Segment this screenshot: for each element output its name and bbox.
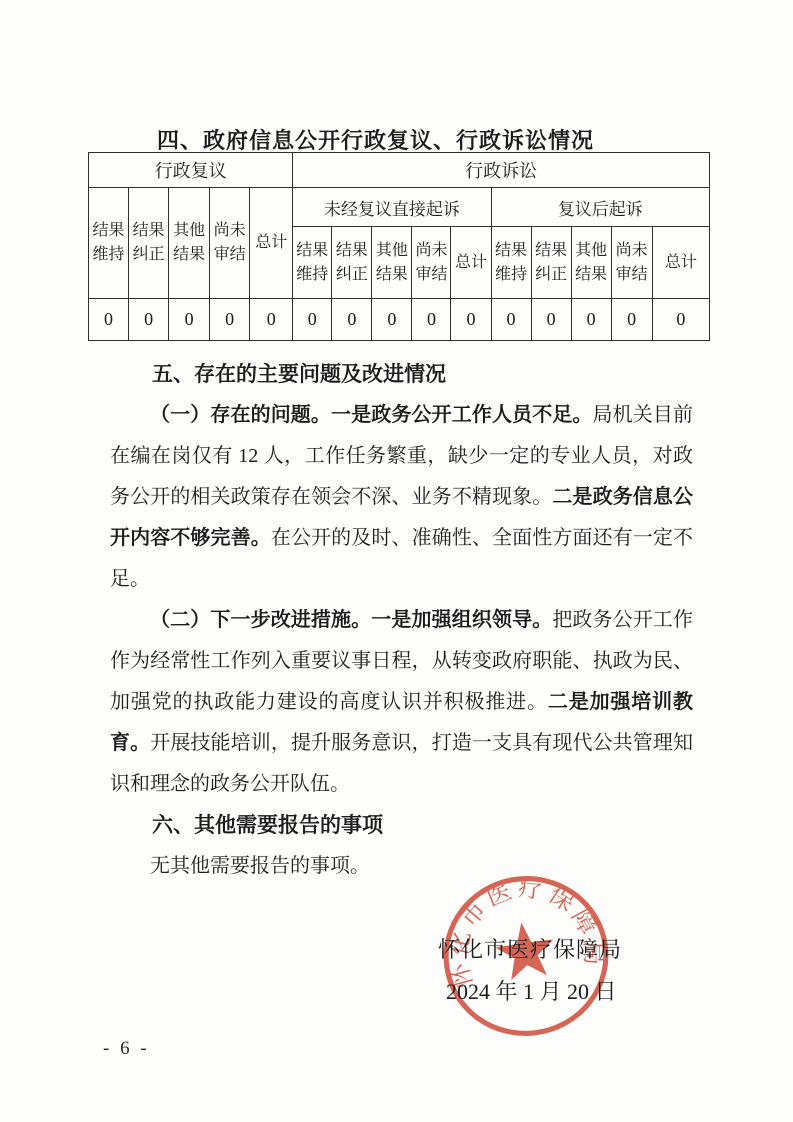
table-value-cell: 0 [250, 299, 293, 341]
col-header-other-result: 其他结果 [571, 227, 611, 299]
section5-paragraph-2: （二）下一步改进措施。一是加强组织领导。把政务公开工作作为经常性工作列入重要议事… [110, 600, 693, 805]
review-litigation-table-wrapper: 行政复议 行政诉讼 结果维持 结果纠正 其他结果 尚未审结 总计 未经复议直接起… [88, 152, 712, 341]
table-value-cell: 0 [89, 299, 129, 341]
col-header-pending: 尚未审结 [210, 188, 250, 299]
col-header-result-upheld: 结果维持 [491, 227, 531, 299]
table-value-cell: 0 [571, 299, 611, 341]
page-number: - 6 - [103, 1038, 150, 1060]
col-header-result-corrected: 结果纠正 [531, 227, 571, 299]
table-value-cell: 0 [491, 299, 531, 341]
table-value-cell: 0 [129, 299, 169, 341]
col-header-total: 总计 [652, 227, 709, 299]
col-header-other-result: 其他结果 [372, 227, 412, 299]
col-header-total: 总计 [451, 227, 491, 299]
section5-heading: 五、存在的主要问题及改进情况 [110, 354, 693, 395]
review-litigation-table: 行政复议 行政诉讼 结果维持 结果纠正 其他结果 尚未审结 总计 未经复议直接起… [88, 152, 710, 341]
signature-date: 2024 年 1 月 20 日 [446, 975, 617, 1006]
table-value-cell: 0 [372, 299, 412, 341]
header-administrative-reconsideration: 行政复议 [89, 153, 293, 188]
table-value-cell: 0 [531, 299, 571, 341]
section4-heading: 四、政府信息公开行政复议、行政诉讼情况 [157, 124, 594, 155]
table-value-cell: 0 [652, 299, 709, 341]
col-header-pending: 尚未审结 [412, 227, 451, 299]
para1-bold-lead: （一）存在的问题。一是政务公开工作人员不足。 [150, 404, 593, 426]
col-header-result-upheld: 结果维持 [89, 188, 129, 299]
table-value-cell: 0 [611, 299, 652, 341]
col-header-total: 总计 [250, 188, 293, 299]
table-value-cell: 0 [451, 299, 491, 341]
header-administrative-litigation: 行政诉讼 [293, 153, 710, 188]
document-page: 四、政府信息公开行政复议、行政诉讼情况 行政复议 行政诉讼 结果维持 结果纠正 … [0, 0, 793, 1122]
table-value-cell: 0 [210, 299, 250, 341]
para2-bold-lead: （二）下一步改进措施。一是加强组织领导。 [150, 609, 552, 631]
col-header-pending: 尚未审结 [611, 227, 652, 299]
table-value-cell: 0 [293, 299, 332, 341]
col-header-other-result: 其他结果 [169, 188, 210, 299]
col-header-result-upheld: 结果维持 [293, 227, 332, 299]
section6-body: 无其他需要报告的事项。 [110, 846, 693, 887]
document-body: 五、存在的主要问题及改进情况 （一）存在的问题。一是政务公开工作人员不足。局机关… [110, 354, 693, 887]
table-value-cell: 0 [332, 299, 372, 341]
subheader-lawsuit-after-reconsideration: 复议后起诉 [491, 188, 709, 227]
signature-organization: 怀化市医疗保障局 [438, 933, 622, 964]
table-value-cell: 0 [169, 299, 210, 341]
section6-heading: 六、其他需要报告的事项 [110, 805, 693, 846]
table-value-cell: 0 [412, 299, 451, 341]
subheader-direct-lawsuit: 未经复议直接起诉 [293, 188, 491, 227]
col-header-result-corrected: 结果纠正 [332, 227, 372, 299]
para2-text-2: 开展技能培训，提升服务意识，打造一支具有现代公共管理知识和理念的政务公开队伍。 [110, 732, 693, 795]
section5-paragraph-1: （一）存在的问题。一是政务公开工作人员不足。局机关目前在编在岗仅有 12 人，工… [110, 395, 693, 600]
col-header-result-corrected: 结果纠正 [129, 188, 169, 299]
